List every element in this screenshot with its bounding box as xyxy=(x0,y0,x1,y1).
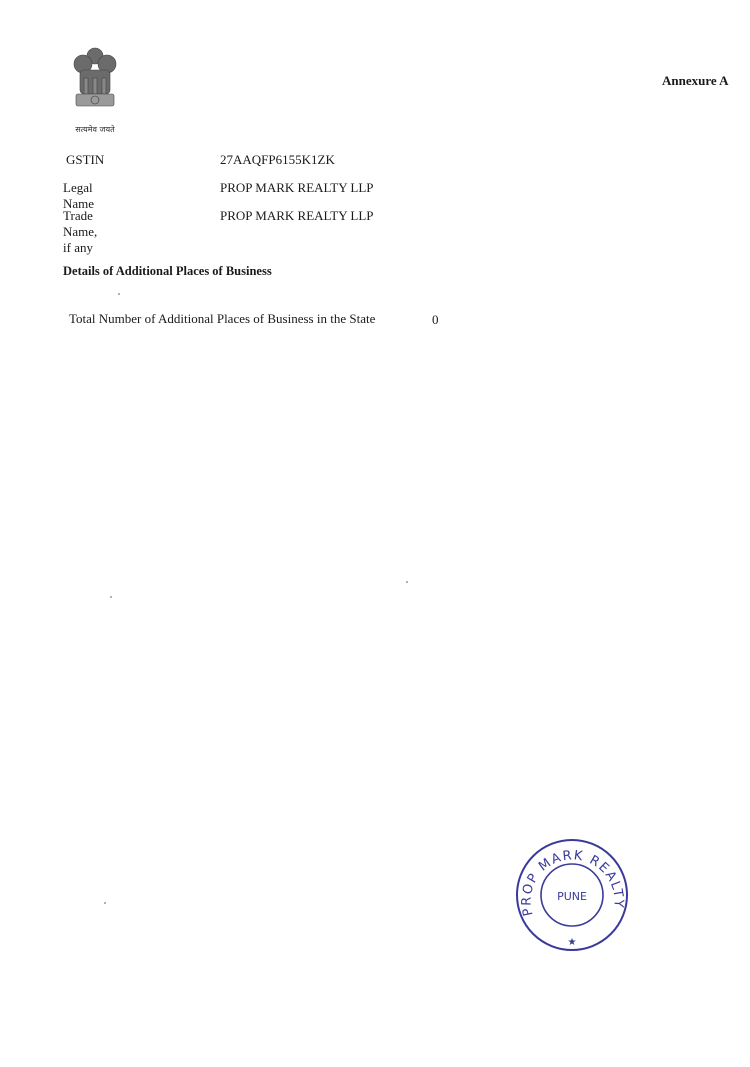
trade-name-label: Trade Name, if any xyxy=(63,208,97,256)
gstin-label: GSTIN xyxy=(66,152,104,168)
stamp-seal-icon: PROP MARK REALTY LLP PUNE ★ xyxy=(512,838,632,953)
svg-text:★: ★ xyxy=(568,937,577,948)
svg-text:PROP MARK REALTY LLP: PROP MARK REALTY LLP xyxy=(512,838,626,917)
scan-speck xyxy=(110,596,112,598)
scan-speck xyxy=(104,902,106,904)
trade-name-value: PROP MARK REALTY LLP xyxy=(220,208,374,224)
emblem-motto: सत्यमेव जयते xyxy=(66,124,124,135)
total-places-label: Total Number of Additional Places of Bus… xyxy=(69,311,375,327)
national-emblem: सत्यमेव जयते xyxy=(66,44,124,136)
gstin-value: 27AAQFP6155K1ZK xyxy=(220,152,335,168)
svg-text:PUNE: PUNE xyxy=(557,890,587,903)
scan-speck xyxy=(118,293,120,295)
legal-name-value: PROP MARK REALTY LLP xyxy=(220,180,374,196)
section-title: Details of Additional Places of Business xyxy=(63,264,272,279)
annexure-label: Annexure A xyxy=(662,73,729,89)
company-stamp: PROP MARK REALTY LLP PUNE ★ xyxy=(512,838,632,953)
scan-speck xyxy=(406,581,408,583)
total-places-value: 0 xyxy=(432,312,439,328)
lion-capital-icon xyxy=(66,44,124,122)
